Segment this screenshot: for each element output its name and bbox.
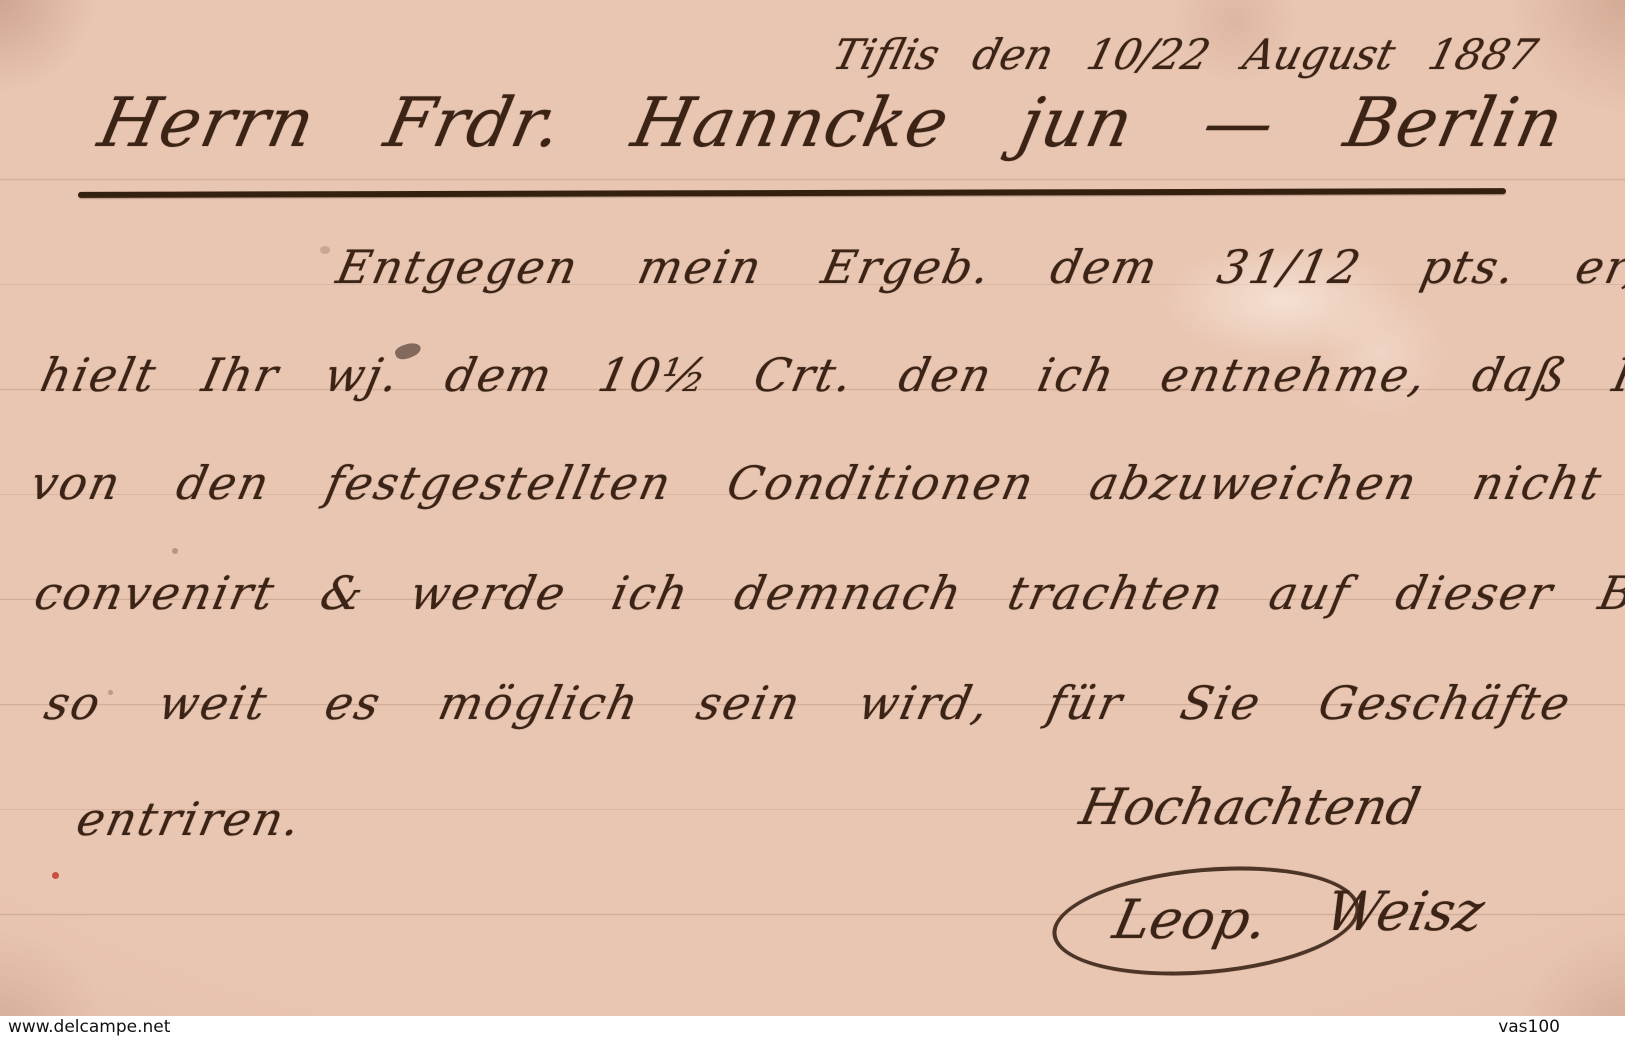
dateline: Tiflis den 10/22 August 1887 xyxy=(828,30,1543,79)
watermark-strip: www.delcampe.net vas100 xyxy=(0,1016,1625,1038)
postcard-scan: Tiflis den 10/22 August 1887 Herrn Frdr.… xyxy=(0,0,1625,1038)
body-line-1: Entgegen mein Ergeb. dem 31/12 pts. er, xyxy=(332,240,1625,294)
red-speck xyxy=(52,872,59,879)
body-line-5: so weit es möglich sein wird, für Sie Ge… xyxy=(40,676,1625,730)
body-line-2: hielt Ihr wj. dem 10½ Crt. den ich entne… xyxy=(36,348,1625,402)
body-line-3: von den festgestellten Conditionen abzuw… xyxy=(26,456,1608,510)
watermark-left: www.delcampe.net xyxy=(8,1016,170,1038)
closing-salutation: Hochachtend xyxy=(1075,778,1425,836)
paper-speck xyxy=(320,246,330,254)
body-line-6: entriren. xyxy=(72,792,307,846)
signature-first-name: Leop. xyxy=(1108,888,1273,951)
signature-last-name: Weisz xyxy=(1320,880,1490,943)
paper-speck xyxy=(108,690,113,695)
watermark-right: vas100 xyxy=(1498,1016,1560,1038)
body-line-4: convenirt & werde ich demnach trachten a… xyxy=(30,566,1625,620)
paper-speck xyxy=(172,548,178,554)
addressee-line: Herrn Frdr. Hanncke jun — Berlin xyxy=(92,84,1571,163)
